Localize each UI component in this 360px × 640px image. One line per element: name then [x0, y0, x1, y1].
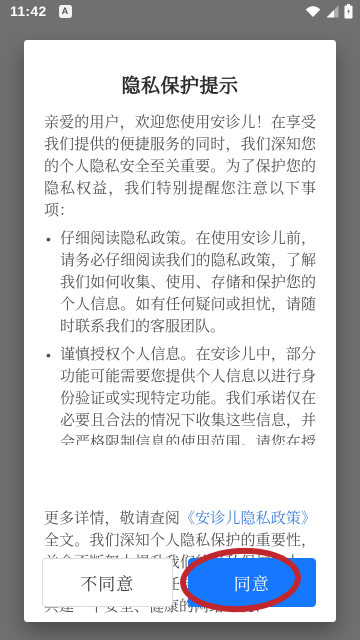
status-bar: 11:42 A — [0, 0, 360, 22]
privacy-dialog: 隐私保护提示 亲爱的用户，欢迎您使用安诊儿！在享受我们提供的便捷服务的同时，我们… — [24, 40, 336, 622]
app-notification-icon: A — [59, 5, 72, 18]
cellular-signal-icon — [326, 5, 339, 18]
intro-paragraph: 亲爱的用户，欢迎您使用安诊儿！在享受我们提供的便捷服务的同时，我们深知您的个人隐… — [44, 112, 316, 222]
battery-charging-icon — [344, 4, 353, 19]
footer-text-before-link: 更多详情，敬请查阅 — [44, 510, 180, 527]
privacy-policy-link[interactable]: 《安诊儿隐私政策》 — [180, 510, 316, 527]
dialog-title: 隐私保护提示 — [24, 40, 336, 98]
wifi-icon — [305, 5, 321, 18]
clock: 11:42 — [10, 3, 47, 19]
agree-button[interactable]: 同意 — [188, 558, 317, 607]
bullet-authorize-info: 谨慎授权个人信息。在安诊儿中，部分功能可能需要您提供个人信息以进行身份验证或实现… — [44, 344, 316, 445]
bullet-read-policy: 仔细阅读隐私政策。在使用安诊儿前，请务必仔细阅读我们的隐私政策，了解我们如何收集… — [44, 228, 316, 338]
disagree-button[interactable]: 不同意 — [42, 558, 173, 607]
privacy-text-scroll-area[interactable]: 亲爱的用户，欢迎您使用安诊儿！在享受我们提供的便捷服务的同时，我们深知您的个人隐… — [44, 112, 316, 445]
dialog-button-row: 不同意 同意 — [42, 558, 316, 607]
